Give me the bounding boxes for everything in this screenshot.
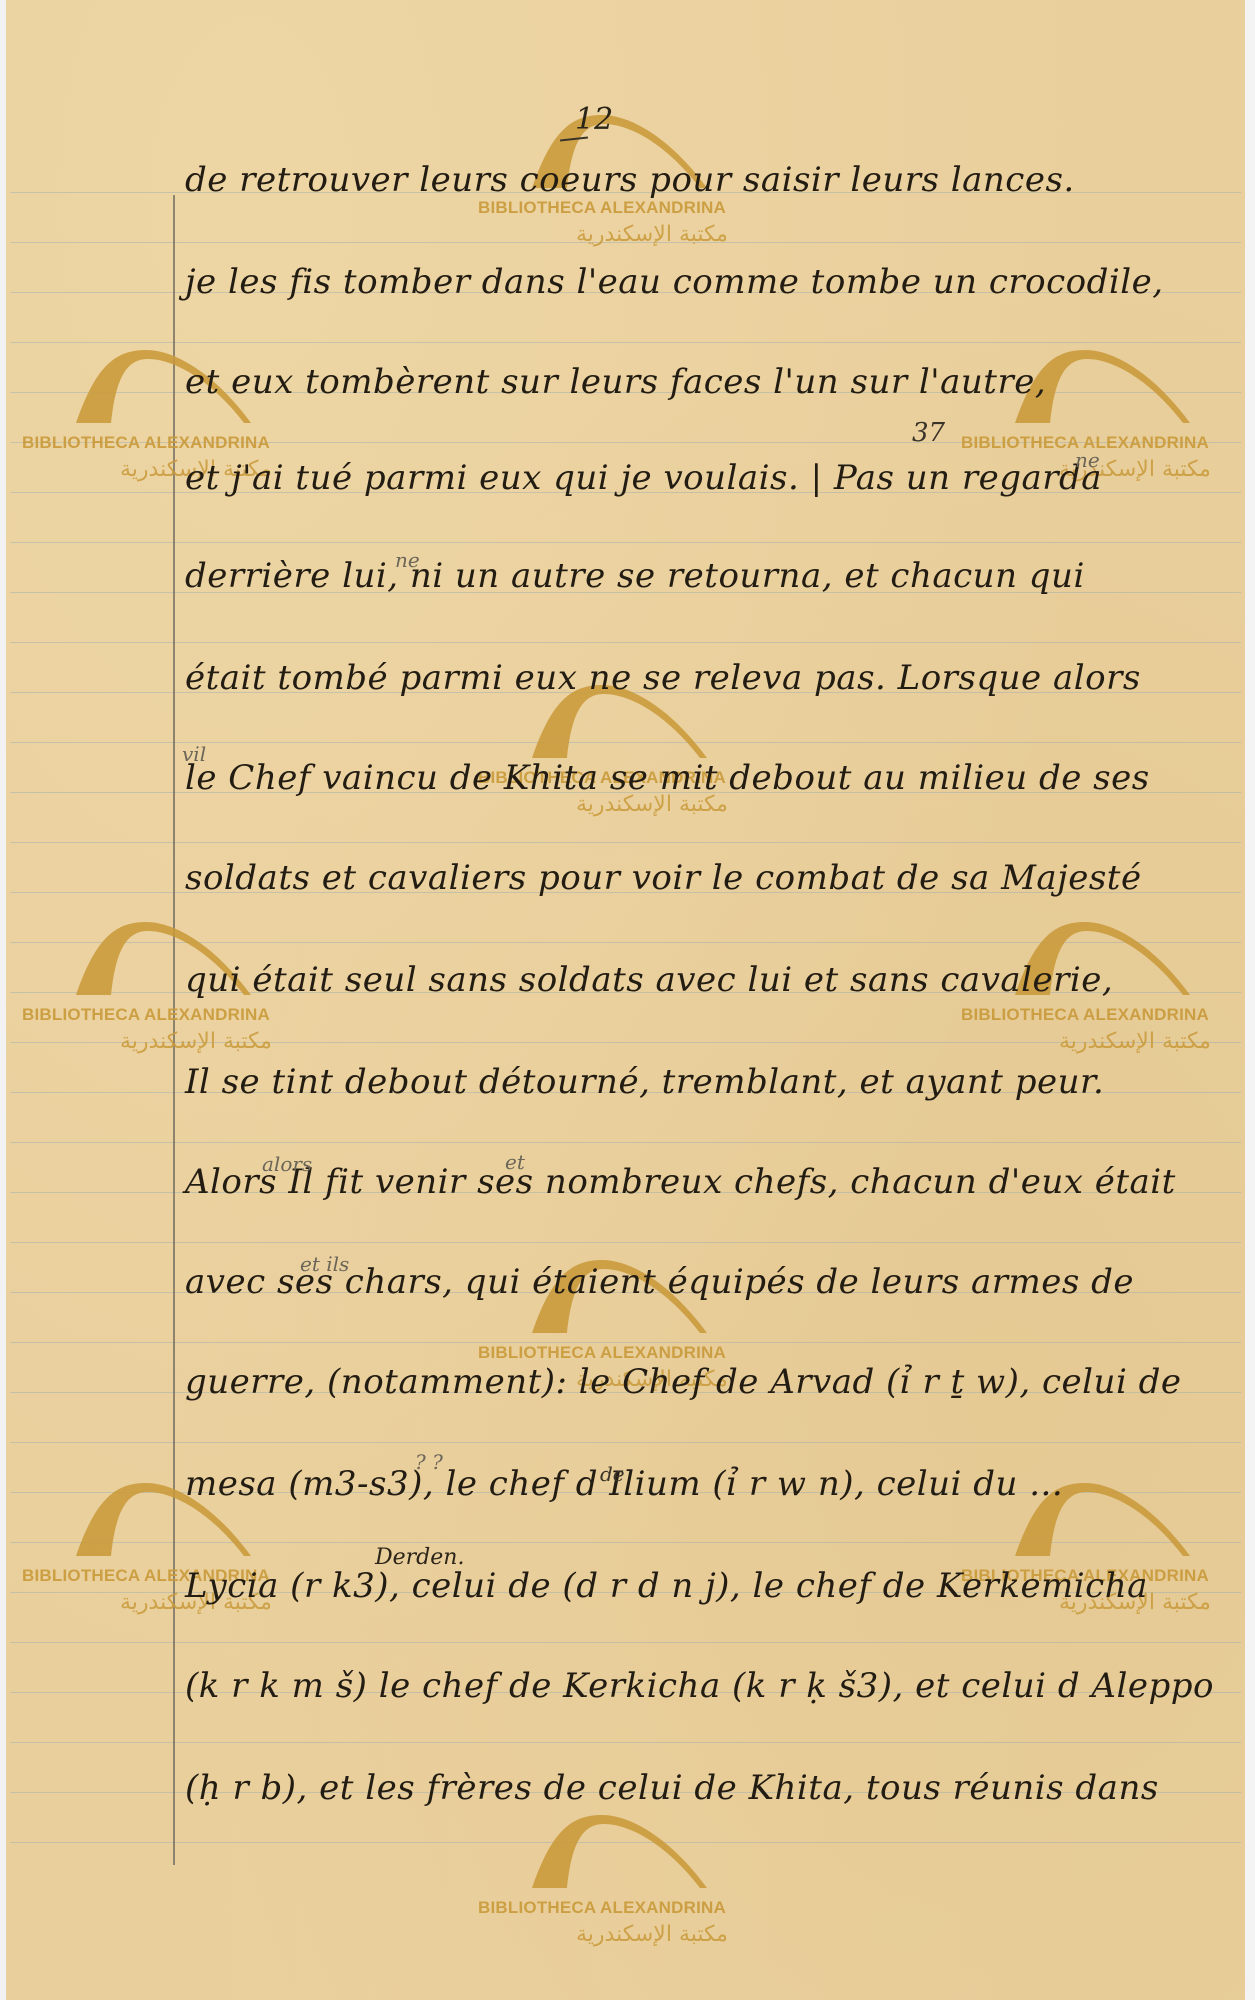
ink-annotation: Derden. (375, 1545, 464, 1570)
text-line: derrière lui, ni un autre se retourna, e… (185, 556, 1085, 596)
ruled-line (10, 342, 1241, 343)
text-line: de retrouver leurs coeurs pour saisir le… (185, 160, 1075, 200)
ruled-line (10, 1842, 1241, 1843)
text-line: (ḥ r b), et les frères de celui de Khita… (185, 1768, 1159, 1808)
text-line: Il se tint debout détourné, tremblant, e… (185, 1062, 1104, 1102)
pencil-annotation: ne (395, 548, 420, 572)
text-line: soldats et cavaliers pour voir le combat… (185, 858, 1142, 898)
ruled-line (10, 1542, 1241, 1543)
ruled-line (10, 942, 1241, 943)
page-number: 12 (575, 102, 613, 137)
pencil-annotation: vil (182, 742, 206, 766)
ruled-line (10, 242, 1241, 243)
text-line: et j'ai tué parmi eux qui je voulais. | … (185, 458, 1102, 498)
text-line: qui était seul sans soldats avec lui et … (185, 960, 1113, 1000)
pencil-annotation: alors (262, 1152, 312, 1176)
text-line: (k r k m š) le chef de Kerkicha (k r ḳ š… (185, 1666, 1214, 1706)
ruled-line (10, 1742, 1241, 1743)
pencil-annotation: de (600, 1462, 625, 1486)
ruled-line (10, 1142, 1241, 1143)
pencil-annotation: et (505, 1150, 525, 1174)
pencil-annotation: ne (1075, 448, 1100, 472)
text-line: et eux tombèrent sur leurs faces l'un su… (185, 362, 1046, 402)
ruled-line (10, 1642, 1241, 1643)
text-line: Alors Il fit venir ses nombreux chefs, c… (185, 1162, 1176, 1202)
ruled-line (10, 642, 1241, 643)
text-line: le Chef vaincu de Khita se mit debout au… (185, 758, 1150, 798)
margin-line (173, 195, 175, 1865)
text-line: Lycia (r k3), celui de (d r d n j), le c… (185, 1566, 1148, 1606)
scan-edge-right (1245, 0, 1255, 2000)
ruled-line (10, 542, 1241, 543)
text-line: guerre, (notamment): le Chef de Arvad (ỉ… (185, 1362, 1182, 1402)
ruled-line (10, 1242, 1241, 1243)
margin-folio-number: 37 (912, 418, 945, 448)
pencil-annotation: et ils (300, 1252, 349, 1276)
pencil-annotation: ? ? (415, 1450, 443, 1474)
text-line: était tombé parmi eux ne se releva pas. … (185, 658, 1141, 698)
ruled-line (10, 442, 1241, 443)
scan-edge-left (0, 0, 6, 2000)
ruled-line (10, 842, 1241, 843)
ruled-line (10, 1342, 1241, 1343)
text-line: je les fis tomber dans l'eau comme tombe… (185, 262, 1164, 302)
ruled-line (10, 1042, 1241, 1043)
ruled-line (10, 1442, 1241, 1443)
manuscript-page: BIBLIOTHECA ALEXANDRINA مكتبة الإسكندرية… (0, 0, 1255, 2000)
